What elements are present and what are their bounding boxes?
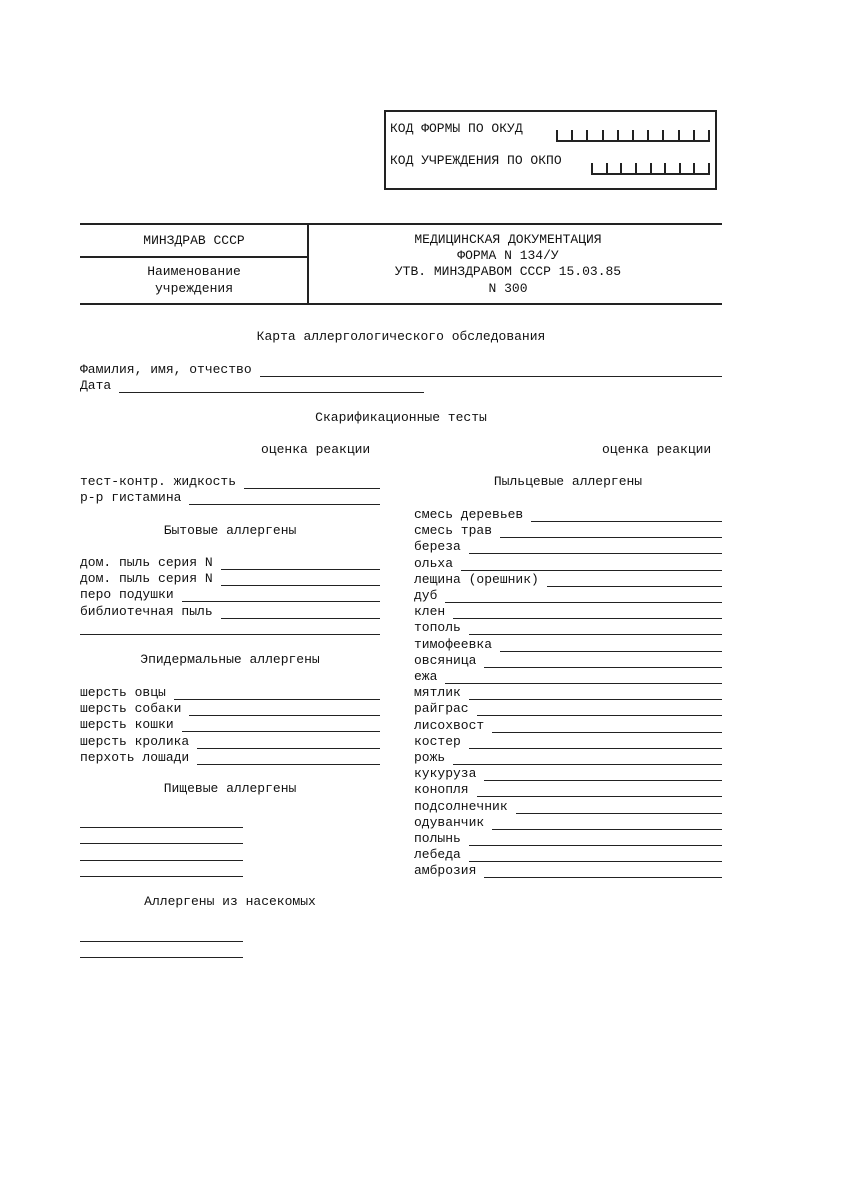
epidermal-reaction-field[interactable] [197, 736, 380, 749]
pollen-reaction-field[interactable] [484, 655, 722, 668]
insect-allergens-title: Аллергены из насекомых [80, 894, 380, 909]
pollen-label: тимофеевка [414, 638, 492, 652]
code-cell-tick [678, 130, 680, 140]
pollen-reaction-field[interactable] [469, 849, 722, 862]
pollen-reaction-field[interactable] [484, 865, 722, 878]
pollen-reaction-field[interactable] [500, 525, 722, 538]
code-cell-tick [617, 130, 619, 140]
pollen-row: одуванчик [414, 814, 722, 830]
pollen-label: ольха [414, 557, 453, 571]
code-cell-tick [602, 130, 604, 140]
pollen-row: смесь деревьев [414, 506, 722, 522]
pollen-reaction-field[interactable] [461, 558, 722, 571]
pollen-row: тополь [414, 619, 722, 635]
okud-code-field[interactable] [556, 130, 710, 142]
okpo-label: КОД УЧРЕЖДЕНИЯ ПО ОКПО [390, 153, 562, 168]
epidermal-row: шерсть кошки [80, 716, 380, 732]
pollen-row: конопля [414, 781, 722, 797]
pollen-row: лещина (орешник) [414, 571, 722, 587]
pollen-row: амброзия [414, 862, 722, 878]
pollen-label: смесь деревьев [414, 508, 523, 522]
code-cell-tick [679, 163, 681, 173]
food-allergen-blank-line[interactable] [80, 860, 243, 861]
household-reaction-field[interactable] [221, 557, 380, 570]
pollen-row: клен [414, 603, 722, 619]
pollen-row: ольха [414, 555, 722, 571]
household-label: перо подушки [80, 588, 174, 602]
pollen-label: полынь [414, 832, 461, 846]
epidermal-label: перхоть лошади [80, 751, 189, 765]
household-reaction-field[interactable] [221, 573, 380, 586]
household-label: дом. пыль серия N [80, 572, 213, 586]
code-cell-tick [591, 163, 593, 173]
control-label: р-р гистамина [80, 491, 181, 505]
control-reaction-field[interactable] [244, 476, 380, 489]
pollen-row: ежа [414, 668, 722, 684]
pollen-row: мятлик [414, 684, 722, 700]
pollen-label: костер [414, 735, 461, 749]
form-codes-box: КОД ФОРМЫ ПО ОКУД КОД УЧРЕЖДЕНИЯ ПО ОКПО [384, 110, 717, 190]
household-reaction-field[interactable] [221, 606, 380, 619]
food-allergen-blank-line[interactable] [80, 843, 243, 844]
pollen-row: полынь [414, 830, 722, 846]
code-cell-tick [620, 163, 622, 173]
pollen-reaction-field[interactable] [469, 736, 722, 749]
pollen-label: береза [414, 540, 461, 554]
epidermal-row: шерсть овцы [80, 684, 380, 700]
pollen-row: подсолнечник [414, 798, 722, 814]
institution-label-1: Наименование [80, 264, 308, 279]
epidermal-row: шерсть собаки [80, 700, 380, 716]
pollen-reaction-field[interactable] [445, 671, 722, 684]
pollen-label: ежа [414, 670, 437, 684]
reaction-header-left: оценка реакции [261, 442, 370, 457]
insect-allergen-blank-line[interactable] [80, 941, 243, 942]
pollen-reaction-field[interactable] [477, 703, 722, 716]
pollen-label: тополь [414, 621, 461, 635]
pollen-reaction-field[interactable] [500, 639, 722, 652]
pollen-label: рожь [414, 751, 445, 765]
code-cell-tick [662, 130, 664, 140]
pollen-row: костер [414, 733, 722, 749]
epidermal-row: перхоть лошади [80, 749, 380, 765]
pollen-reaction-field[interactable] [484, 768, 722, 781]
pollen-row: кукуруза [414, 765, 722, 781]
control-row: р-р гистамина [80, 489, 380, 505]
pollen-label: райграс [414, 702, 469, 716]
epidermal-reaction-field[interactable] [182, 719, 380, 732]
epidermal-row: шерсть кролика [80, 733, 380, 749]
pollen-allergens-title: Пыльцевые аллергены [414, 474, 722, 489]
pollen-reaction-field[interactable] [469, 622, 722, 635]
pollen-reaction-field[interactable] [492, 817, 722, 830]
ministry-label: МИНЗДРАВ СССР [80, 233, 308, 248]
epidermal-label: шерсть кошки [80, 718, 174, 732]
code-cell-tick [571, 130, 573, 140]
pollen-row: береза [414, 538, 722, 554]
household-label: дом. пыль серия N [80, 556, 213, 570]
tests-title: Скарификационные тесты [80, 410, 722, 425]
patient-name-row: Фамилия, имя, отчество [80, 361, 722, 377]
reaction-header-right: оценка реакции [602, 442, 711, 457]
pollen-label: лисохвост [414, 719, 484, 733]
control-label: тест-контр. жидкость [80, 475, 236, 489]
code-cell-tick [693, 130, 695, 140]
pollen-reaction-field[interactable] [477, 784, 722, 797]
header-divider-bottom [80, 303, 722, 305]
code-cell-tick [556, 130, 558, 140]
pollen-label: смесь трав [414, 524, 492, 538]
pollen-reaction-field[interactable] [453, 752, 722, 765]
pollen-reaction-field[interactable] [469, 541, 722, 554]
header-divider-top [80, 223, 722, 225]
code-cell-tick [693, 163, 695, 173]
pollen-row: лебеда [414, 846, 722, 862]
page-title: Карта аллергологического обследования [80, 329, 722, 344]
household-allergens-title: Бытовые аллергены [80, 523, 380, 538]
patient-name-label: Фамилия, имя, отчество [80, 363, 252, 377]
code-cell-tick [635, 163, 637, 173]
pollen-row: овсяница [414, 652, 722, 668]
epidermal-reaction-field[interactable] [197, 752, 380, 765]
pollen-reaction-field[interactable] [516, 801, 722, 814]
epidermal-label: шерсть овцы [80, 686, 166, 700]
code-cell-tick [586, 130, 588, 140]
pollen-row: смесь трав [414, 522, 722, 538]
code-cell-tick [708, 130, 710, 140]
pollen-row: дуб [414, 587, 722, 603]
pollen-label: подсолнечник [414, 800, 508, 814]
pollen-reaction-field[interactable] [547, 574, 722, 587]
food-allergen-blank-line[interactable] [80, 827, 243, 828]
pollen-label: дуб [414, 589, 437, 603]
pollen-label: лещина (орешник) [414, 573, 539, 587]
household-row: дом. пыль серия N [80, 570, 380, 586]
doc-line-2: ФОРМА N 134/У [308, 248, 708, 263]
date-label: Дата [80, 379, 111, 393]
pollen-label: амброзия [414, 864, 476, 878]
control-row: тест-контр. жидкость [80, 473, 380, 489]
pollen-label: мятлик [414, 686, 461, 700]
epidermal-label: шерсть кролика [80, 735, 189, 749]
pollen-label: конопля [414, 783, 469, 797]
household-row: дом. пыль серия N [80, 554, 380, 570]
pollen-row: тимофеевка [414, 636, 722, 652]
pollen-label: овсяница [414, 654, 476, 668]
pollen-reaction-field[interactable] [445, 590, 722, 603]
pollen-row: рожь [414, 749, 722, 765]
household-row: библиотечная пыль [80, 603, 380, 619]
patient-name-field[interactable] [260, 364, 722, 377]
pollen-label: кукуруза [414, 767, 476, 781]
pollen-label: клен [414, 605, 445, 619]
code-cell-tick [647, 130, 649, 140]
household-extra-blank-line[interactable] [80, 634, 380, 635]
pollen-reaction-field[interactable] [531, 509, 722, 522]
pollen-row: райграс [414, 700, 722, 716]
household-row: перо подушки [80, 586, 380, 602]
code-cell-tick [632, 130, 634, 140]
doc-line-3: УТВ. МИНЗДРАВОМ СССР 15.03.85 [308, 264, 708, 279]
food-allergen-blank-line[interactable] [80, 876, 243, 877]
code-cell-tick [606, 163, 608, 173]
household-label: библиотечная пыль [80, 605, 213, 619]
pollen-label: одуванчик [414, 816, 484, 830]
pollen-row: лисохвост [414, 717, 722, 733]
household-reaction-field[interactable] [182, 589, 380, 602]
epidermal-allergens-title: Эпидермальные аллергены [80, 652, 380, 667]
header-divider-middle [80, 256, 308, 258]
epidermal-label: шерсть собаки [80, 702, 181, 716]
food-allergens-title: Пищевые аллергены [80, 781, 380, 796]
epidermal-reaction-field[interactable] [174, 687, 380, 700]
pollen-reaction-field[interactable] [469, 833, 722, 846]
code-cell-tick [664, 163, 666, 173]
date-field[interactable] [119, 380, 424, 393]
pollen-reaction-field[interactable] [453, 606, 722, 619]
epidermal-reaction-field[interactable] [189, 703, 380, 716]
code-cell-tick [650, 163, 652, 173]
doc-line-4: N 300 [308, 281, 708, 296]
insect-allergen-blank-line[interactable] [80, 957, 243, 958]
okud-label: КОД ФОРМЫ ПО ОКУД [390, 121, 523, 136]
pollen-reaction-field[interactable] [492, 720, 722, 733]
okpo-code-field[interactable] [591, 163, 710, 175]
institution-label-2: учреждения [80, 281, 308, 296]
date-row: Дата [80, 377, 424, 393]
control-reaction-field[interactable] [189, 492, 380, 505]
code-cell-tick [708, 163, 710, 173]
pollen-label: лебеда [414, 848, 461, 862]
doc-line-1: МЕДИЦИНСКАЯ ДОКУМЕНТАЦИЯ [308, 232, 708, 247]
pollen-reaction-field[interactable] [469, 687, 722, 700]
